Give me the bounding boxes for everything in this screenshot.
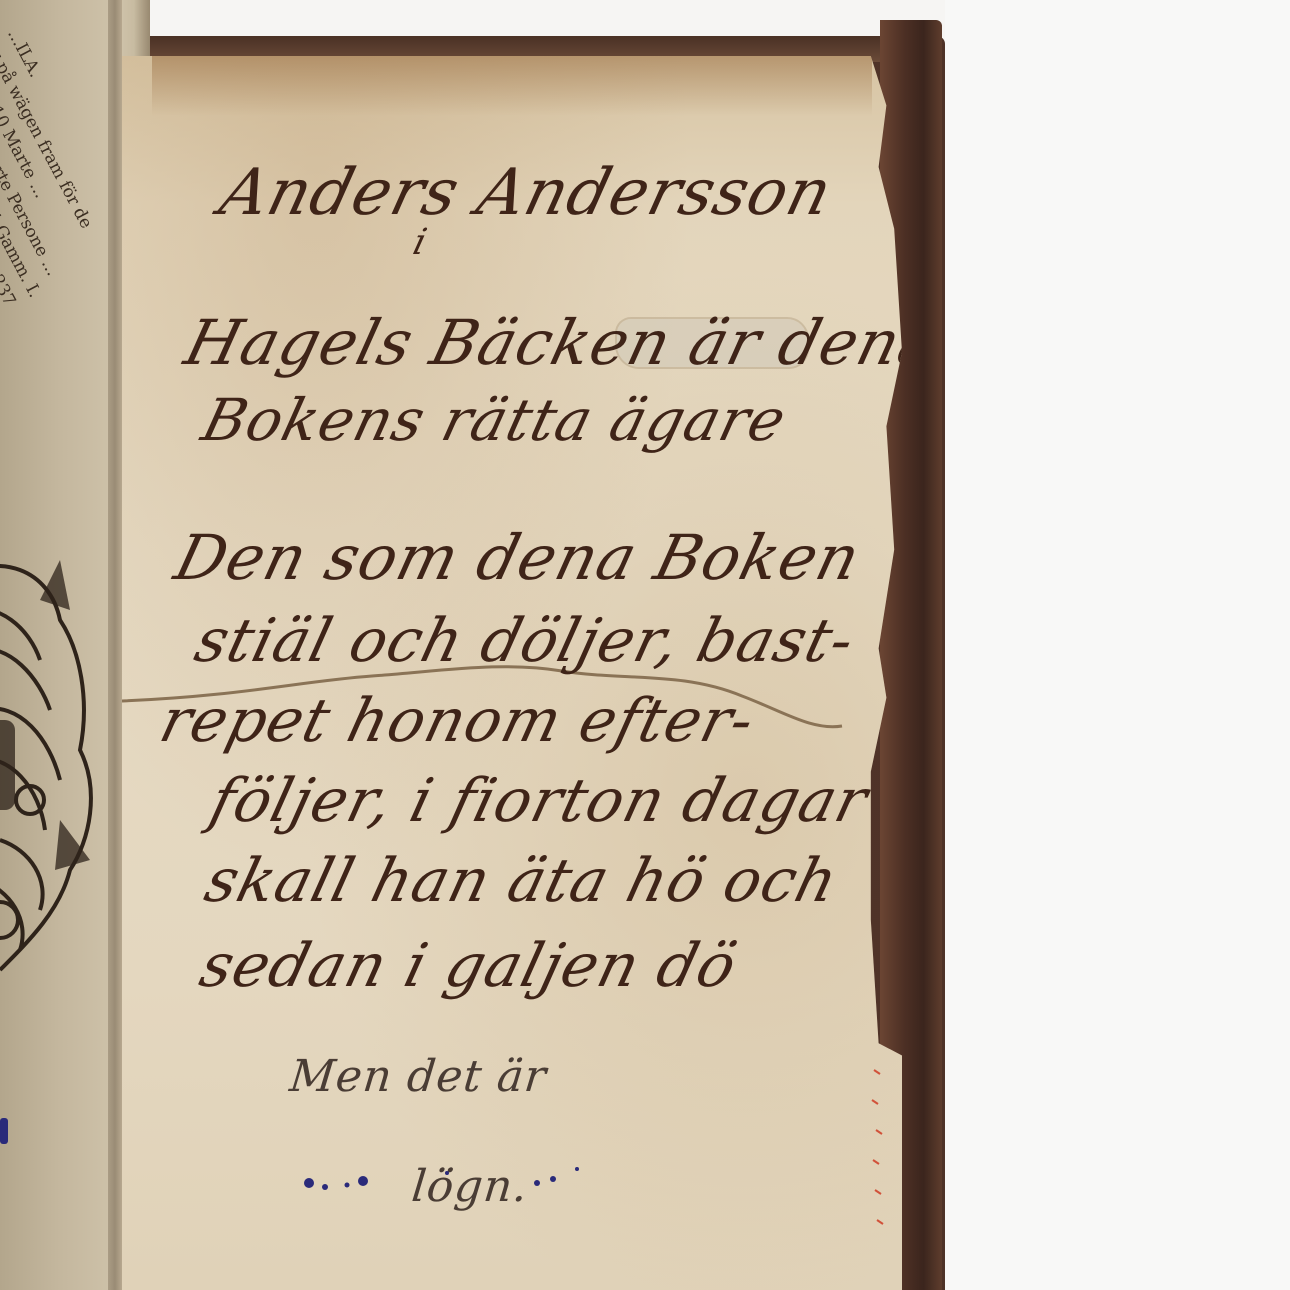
book-gutter	[108, 0, 122, 1290]
owner-name: Anders Andersson	[213, 156, 840, 230]
woodcut-ornament-icon	[0, 540, 110, 990]
blue-ink-dots-icon	[297, 1161, 597, 1201]
curse-line: repet honom efter-	[153, 686, 762, 756]
inscription-line: Hagels Bäcken är dena	[178, 306, 947, 379]
curse-line: sedan i galjen dö	[193, 931, 744, 1001]
curse-line: skall han äta hö och	[198, 846, 845, 916]
handwritten-inscription: Anders Andersson i Hagels Bäcken är dena…	[122, 56, 902, 1290]
curse-line: följer, i fiorton dagar	[203, 766, 875, 836]
inscription-line: Bokens rätta ägare	[196, 386, 794, 454]
white-background	[945, 0, 1290, 1290]
pencil-note-line: Men det är	[287, 1051, 549, 1102]
curse-line: stiäl och döljer, bast-	[188, 606, 861, 676]
book-photo: ...ILA. or på wägen fram för de 25 lin. …	[0, 0, 1290, 1290]
flyleaf-page: Anders Andersson i Hagels Bäcken är dena…	[122, 56, 902, 1290]
curse-line: Den som dena Boken	[168, 521, 868, 594]
red-edge-specks-icon	[870, 1060, 890, 1230]
blue-ink-spot	[0, 1118, 8, 1144]
